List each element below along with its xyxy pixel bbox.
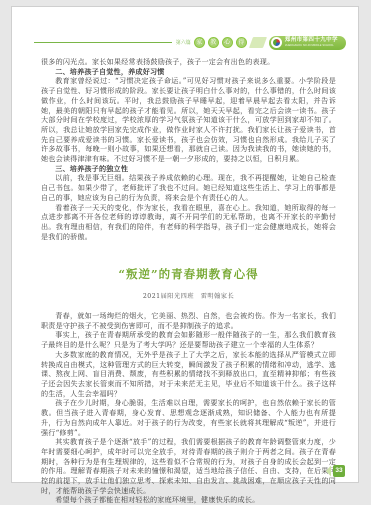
school-emblem-icon xyxy=(271,37,282,48)
section-badge-icon: 教 xyxy=(208,37,219,48)
leaf-icon xyxy=(325,466,331,477)
paragraph: 以前，我是事无巨细。结果孩子养成依赖的心理。现在，我不再提醒她，让她自己检查自己… xyxy=(41,173,336,202)
school-subtitle: ZHENGZHOU NO.49 MIDDLE SCHOOL xyxy=(285,44,334,47)
paragraph: 孩子在少儿时期，身心脆弱，生活难以自理，需要家长的呵护，也自然依赖于家长的管教。… xyxy=(41,398,336,437)
paragraph: 事实上，孩子在青春期所承受的教育会如影随形一般伴随孩子的一生，那么我们教育孩子最… xyxy=(41,330,336,349)
section-heading: 二、培养孩子自觉性，养成好习惯 xyxy=(41,67,336,77)
essay-title: “叛逆”的青春期教育心得 xyxy=(41,266,336,282)
section-badge-icon: 得 xyxy=(236,37,247,48)
section-badge-icon: 心 xyxy=(222,37,233,48)
section-heading: 三、培养孩子的独立性 xyxy=(41,164,336,174)
header-ribbon xyxy=(249,37,267,48)
paragraph: 其实教育孩子是个逐渐“放手”的过程，我们需要根据孩子的教育年龄调整管束力度，少年… xyxy=(41,437,336,495)
paragraph: 大多数家庭的教育情况，无外乎是孩子上了大学之后，家长本能的选择从严管模式立即转换… xyxy=(41,350,336,399)
section-badge-icon: 家 xyxy=(194,37,205,48)
page-content: 很多的闪光点。家长如果经常表扬鼓励孩子，孩子一定会有出色的表现。 二、培养孩子自… xyxy=(41,57,336,500)
header-rule-line xyxy=(34,42,172,43)
page-header: 第六篇 家 教 心 得 郑州市第四十九中学 ZHENGZHOU NO.49 MI… xyxy=(34,34,346,51)
paragraph: 看着孩子一天天的变化，作为家长，我看在眼里，喜在心上。我知道，她所取得的每一点进… xyxy=(41,203,336,242)
paragraph: 教育家曾经说过：“习惯决定孩子命运。”可见好习惯对孩子来说多么重要。小学阶段是孩… xyxy=(41,76,336,163)
essay-byline: 2021届阳光四班 雷明翰家长 xyxy=(41,294,336,300)
page-number: 33 xyxy=(333,465,345,477)
paragraph: 青春，就如一场绚烂的烟火，它美丽、热烈、自然，也会被灼伤。作为一名家长，我们职责… xyxy=(41,311,336,330)
paragraph: 希望每个孩子都能在相对轻松的家庭环境里，健康快乐的成长。 xyxy=(41,495,336,500)
section-label: 第六篇 xyxy=(176,39,191,46)
essay-body: 青春，就如一场绚烂的烟火，它美丽、热烈、自然，也会被灼伤。作为一名家长，我们职责… xyxy=(41,311,336,500)
section-badges: 家 教 心 得 xyxy=(194,37,247,48)
paragraph: 很多的闪光点。家长如果经常表扬鼓励孩子，孩子一定会有出色的表现。 xyxy=(41,57,336,67)
page-number-badge: 33 xyxy=(325,465,345,477)
book-page: 第六篇 家 教 心 得 郑州市第四十九中学 ZHENGZHOU NO.49 MI… xyxy=(11,6,359,483)
school-logo-pill: 郑州市第四十九中学 ZHENGZHOU NO.49 MIDDLE SCHOOL xyxy=(269,36,346,50)
